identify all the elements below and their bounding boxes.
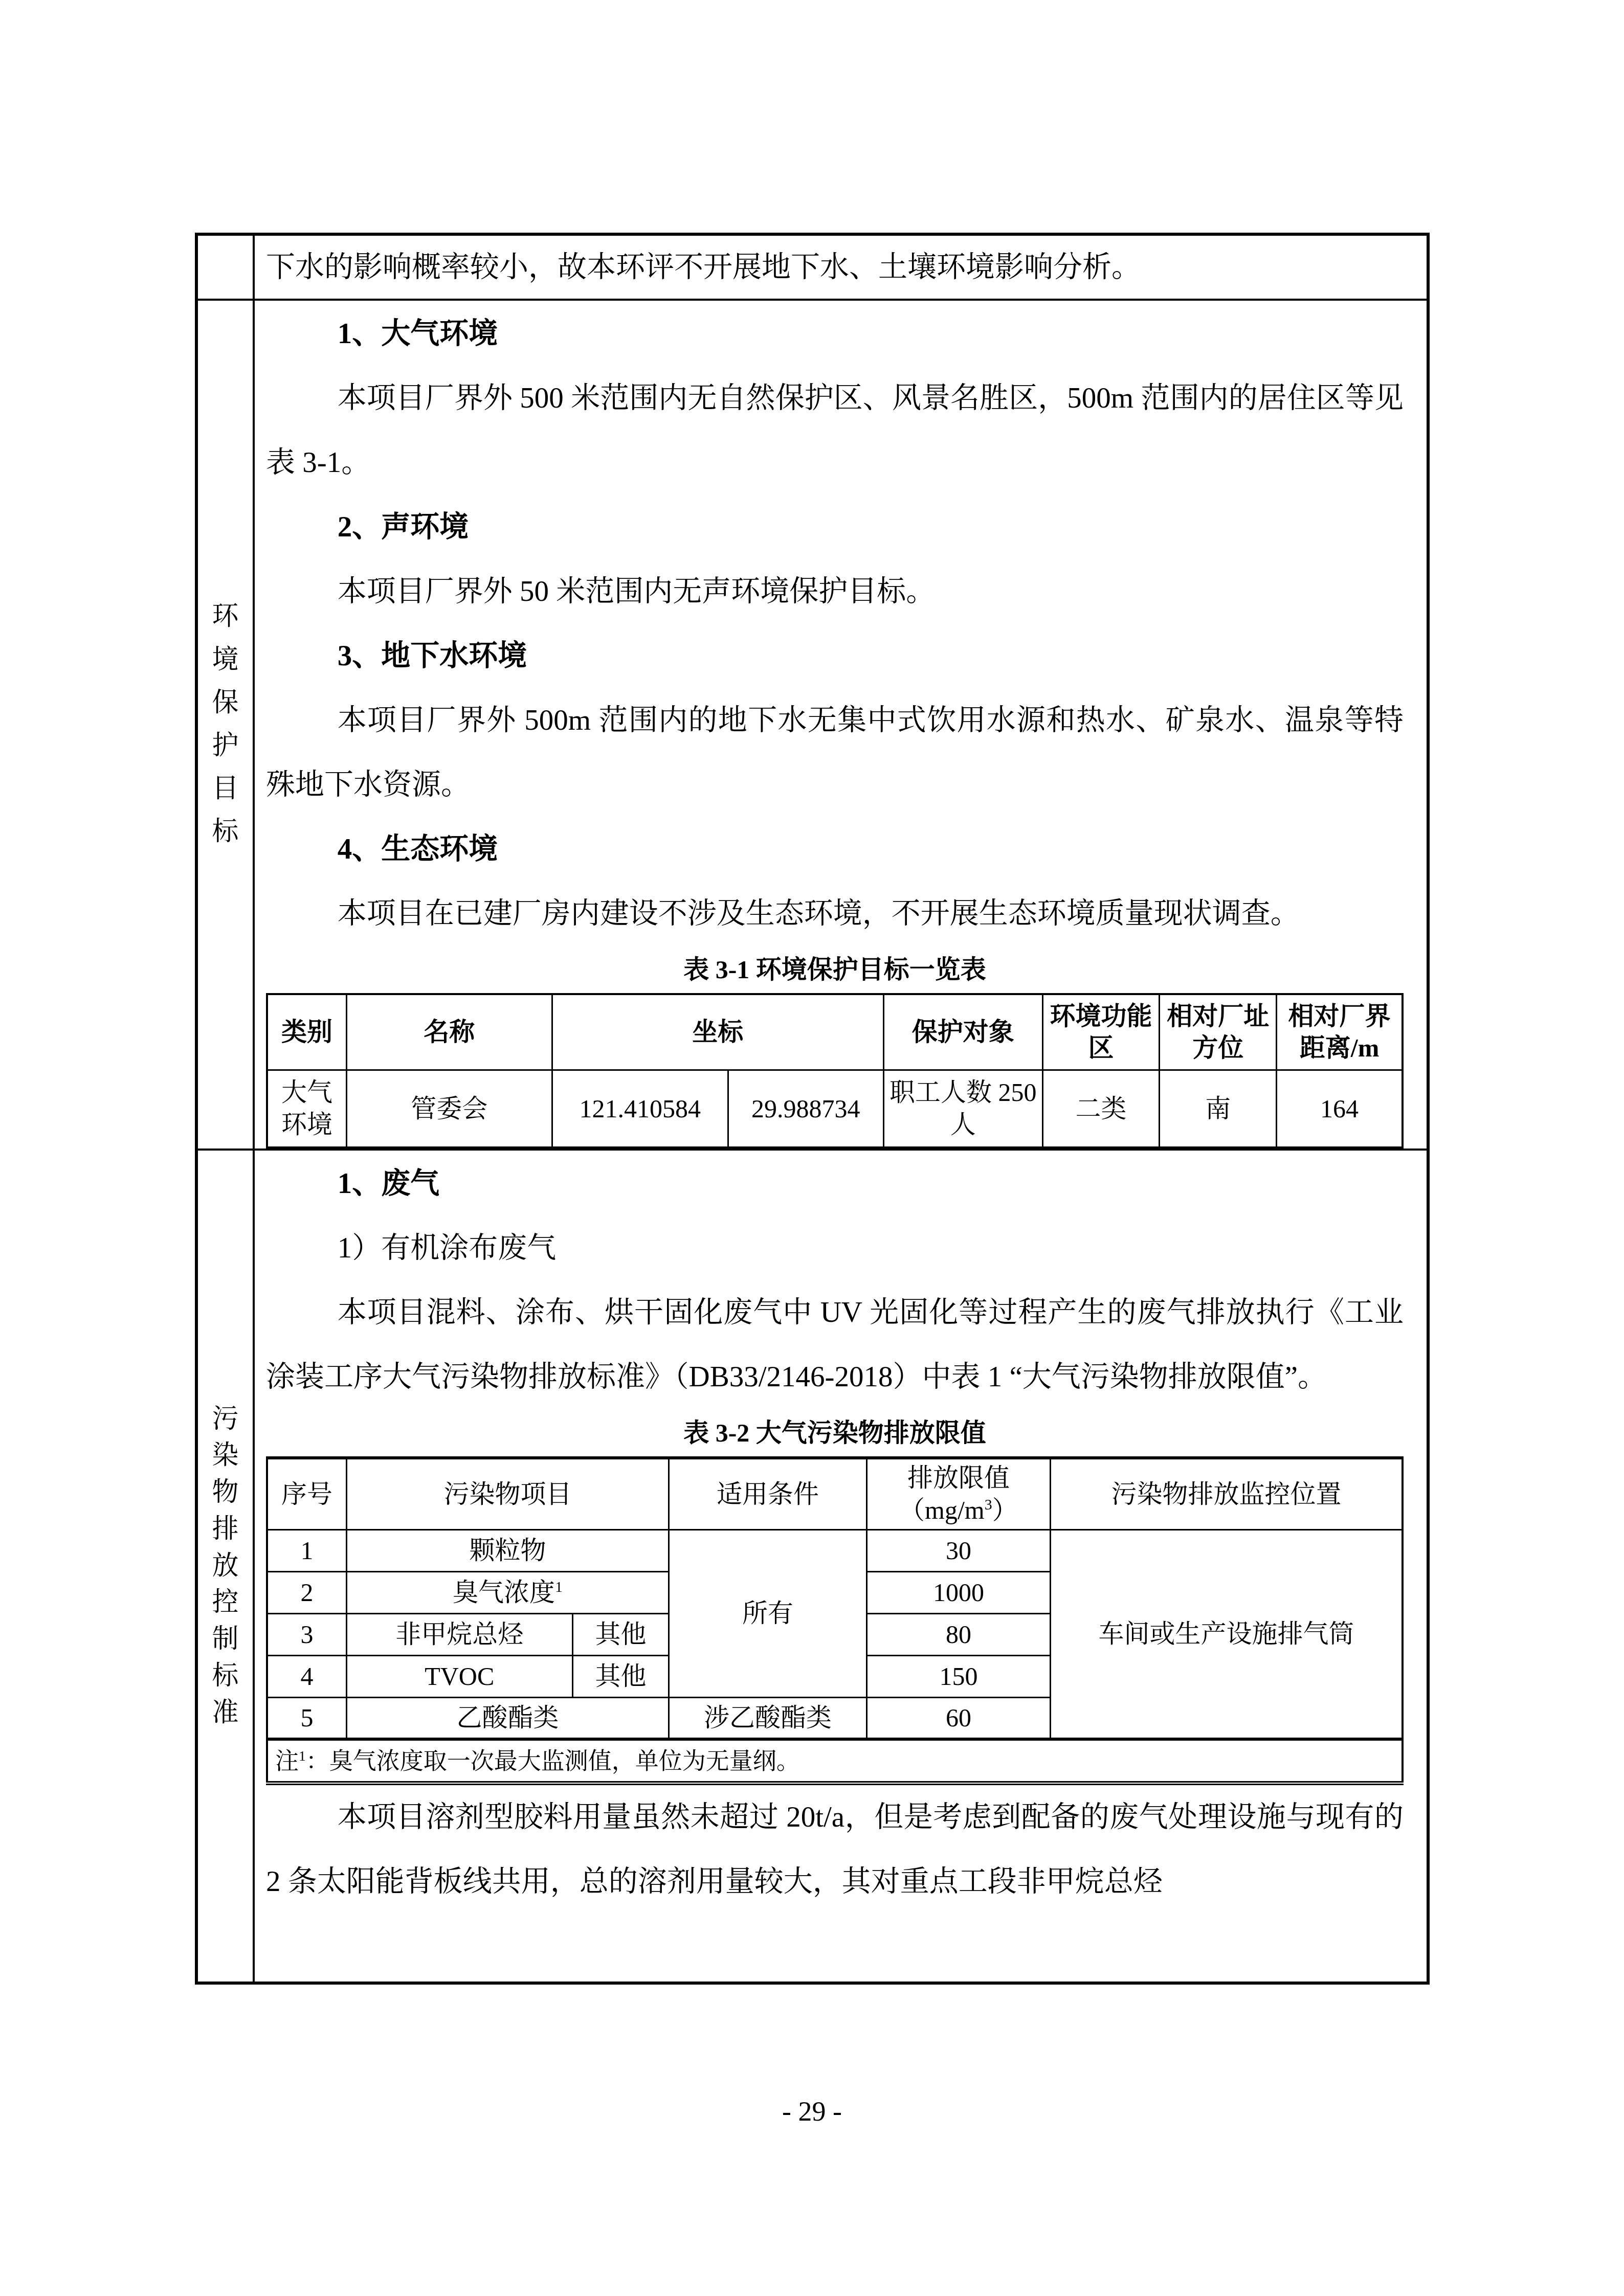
t32-item: 非甲烷总烃 <box>346 1613 572 1655</box>
document-page: 下水的影响概率较小，故本环评不开展地下水、土壤环境影响分析。 环境保护目标 1、… <box>0 0 1624 2296</box>
t32-limit: 1000 <box>866 1571 1051 1613</box>
t32-item: 颗粒物 <box>346 1529 669 1571</box>
intro-text: 下水的影响概率较小，故本环评不开展地下水、土壤环境影响分析。 <box>266 249 1404 285</box>
env-section-content: 1、大气环境 本项目厂界外 500 米范围内无自然保护区、风景名胜区，500m … <box>254 300 1428 1150</box>
main-form-table: 下水的影响概率较小，故本环评不开展地下水、土壤环境影响分析。 环境保护目标 1、… <box>195 233 1430 1985</box>
heading-noise-environment: 2、声环境 <box>266 495 1404 559</box>
pollution-section-vertical-label: 污染物排放控制标准 <box>210 1401 241 1731</box>
env-protection-row: 环境保护目标 1、大气环境 本项目厂界外 500 米范围内无自然保护区、风景名胜… <box>196 300 1428 1150</box>
t32-limit: 30 <box>866 1529 1051 1571</box>
t32-item: 臭气浓度1 <box>346 1571 669 1613</box>
para-air-environment: 本项目厂界外 500 米范围内无自然保护区、风景名胜区，500m 范围内的居住区… <box>266 366 1404 495</box>
t31-cell-name: 管委会 <box>346 1070 552 1147</box>
t32-limit: 80 <box>866 1613 1051 1655</box>
t31-header-distance: 相对厂界距离/m <box>1277 994 1403 1070</box>
heading-groundwater-environment: 3、地下水环境 <box>266 624 1404 688</box>
t31-cell-distance: 164 <box>1277 1070 1403 1147</box>
pollution-control-row: 污染物排放控制标准 1、废气 1）有机涂布废气 本项目混料、涂布、烘干固化废气中… <box>196 1150 1428 1983</box>
t32-limit: 150 <box>866 1655 1051 1697</box>
t32-item-condition: 其他 <box>572 1613 669 1655</box>
t31-cell-category: 大气环境 <box>267 1070 346 1147</box>
t32-header-condition: 适用条件 <box>669 1458 866 1529</box>
t32-no: 5 <box>267 1697 346 1739</box>
t31-cell-latitude: 29.988734 <box>728 1070 883 1147</box>
t31-header-category: 类别 <box>267 994 346 1070</box>
para-waste-gas-standard: 本项目混料、涂布、烘干固化废气中 UV 光固化等过程产生的废气排放执行《工业涂装… <box>266 1280 1404 1409</box>
t31-header-zone: 环境功能区 <box>1042 994 1160 1070</box>
t32-condition: 涉乙酸酯类 <box>669 1697 866 1739</box>
t31-header-name: 名称 <box>346 994 552 1070</box>
t32-item: 乙酸酯类 <box>346 1697 669 1739</box>
intro-row-label-cell <box>196 234 254 300</box>
table-3-1-data-row: 大气环境 管委会 121.410584 29.988734 职工人数 250 人… <box>267 1070 1403 1147</box>
table-3-1-header-row: 类别 名称 坐标 保护对象 环境功能区 相对厂址方位 相对厂界距离/m <box>267 994 1403 1070</box>
t32-no: 3 <box>267 1613 346 1655</box>
intro-row-content: 下水的影响概率较小，故本环评不开展地下水、土壤环境影响分析。 <box>254 234 1428 300</box>
t32-item: TVOC <box>346 1655 572 1697</box>
t31-cell-direction: 南 <box>1160 1070 1277 1147</box>
t31-cell-zone: 二类 <box>1042 1070 1160 1147</box>
subheading-organic-coating-gas: 1）有机涂布废气 <box>266 1216 1404 1280</box>
t31-header-direction: 相对厂址方位 <box>1160 994 1277 1070</box>
t31-cell-object: 职工人数 250 人 <box>883 1070 1042 1147</box>
table-3-2: 序号 污染物项目 适用条件 排放限值 （mg/m3） 污染物排放监控位置 <box>266 1456 1404 1785</box>
t32-limit: 60 <box>866 1697 1051 1739</box>
pollution-section-label-cell: 污染物排放控制标准 <box>196 1150 254 1983</box>
t32-condition-all: 所有 <box>669 1529 866 1697</box>
t32-note-row: 注1：臭气浓度取一次最大监测值，单位为无量纲。 <box>267 1739 1403 1783</box>
t32-no: 2 <box>267 1571 346 1613</box>
heading-waste-gas: 1、废气 <box>266 1152 1404 1216</box>
t32-note: 注1：臭气浓度取一次最大监测值，单位为无量纲。 <box>267 1739 1403 1783</box>
table-3-2-header-row: 序号 污染物项目 适用条件 排放限值 （mg/m3） 污染物排放监控位置 <box>267 1458 1403 1529</box>
t31-header-object: 保护对象 <box>883 994 1042 1070</box>
t31-cell-longitude: 121.410584 <box>552 1070 728 1147</box>
t31-header-coords: 坐标 <box>552 994 883 1070</box>
t32-monitor-position: 车间或生产设施排气筒 <box>1051 1529 1403 1739</box>
intro-row: 下水的影响概率较小，故本环评不开展地下水、土壤环境影响分析。 <box>196 234 1428 300</box>
t32-header-limit-unit: （mg/m3） <box>871 1494 1047 1526</box>
table-3-1: 类别 名称 坐标 保护对象 环境功能区 相对厂址方位 相对厂界距离/m 大气环境… <box>266 993 1404 1149</box>
heading-ecology-environment: 4、生态环境 <box>266 817 1404 882</box>
t32-header-limit-line1: 排放限值 <box>871 1462 1047 1494</box>
para-ecology-environment: 本项目在已建厂房内建设不涉及生态环境，不开展生态环境质量现状调查。 <box>266 882 1404 946</box>
para-solvent-usage: 本项目溶剂型胶料用量虽然未超过 20t/a，但是考虑到配备的废气处理设施与现有的… <box>266 1785 1404 1914</box>
t32-header-limit: 排放限值 （mg/m3） <box>866 1458 1051 1529</box>
page-number: - 29 - <box>0 2096 1624 2127</box>
t32-no: 4 <box>267 1655 346 1697</box>
env-section-label-cell: 环境保护目标 <box>196 300 254 1150</box>
heading-air-environment: 1、大气环境 <box>266 302 1404 366</box>
table-3-1-title: 表 3-1 环境保护目标一览表 <box>266 946 1404 993</box>
pollution-section-content: 1、废气 1）有机涂布废气 本项目混料、涂布、烘干固化废气中 UV 光固化等过程… <box>254 1150 1428 1983</box>
t32-header-position: 污染物排放监控位置 <box>1051 1458 1403 1529</box>
env-section-vertical-label: 环境保护目标 <box>210 595 241 853</box>
t32-no: 1 <box>267 1529 346 1571</box>
para-groundwater-environment: 本项目厂界外 500m 范围内的地下水无集中式饮用水源和热水、矿泉水、温泉等特殊… <box>266 688 1404 817</box>
t32-item-condition: 其他 <box>572 1655 669 1697</box>
t32-header-no: 序号 <box>267 1458 346 1529</box>
para-noise-environment: 本项目厂界外 50 米范围内无声环境保护目标。 <box>266 559 1404 624</box>
table-3-2-title: 表 3-2 大气污染物排放限值 <box>266 1409 1404 1456</box>
t32-row-1: 1 颗粒物 所有 30 车间或生产设施排气筒 <box>267 1529 1403 1571</box>
t32-header-item: 污染物项目 <box>346 1458 669 1529</box>
